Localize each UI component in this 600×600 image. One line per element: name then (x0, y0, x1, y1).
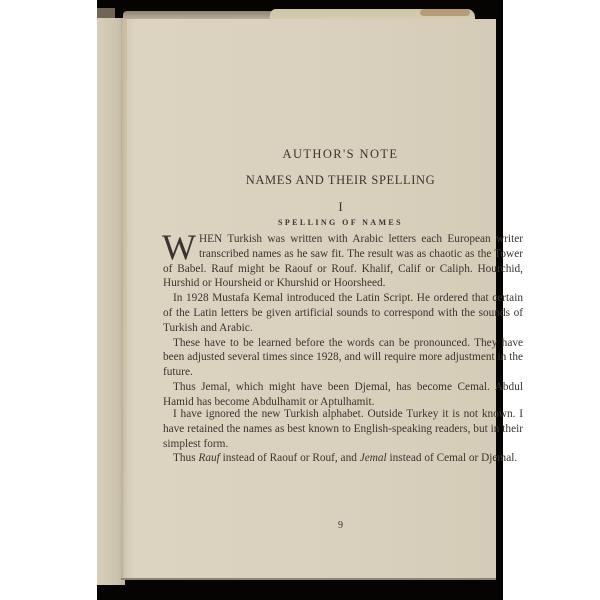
drop-cap: W (162, 233, 196, 261)
paragraph-3: These have to be learned before the word… (163, 336, 523, 380)
text-run: instead of Raouf or Rouf, and (220, 452, 360, 464)
paragraph-2: In 1928 Mustafa Kemal introduced the Lat… (163, 291, 523, 335)
paragraph-1: WHEN Turkish was written with Arabic let… (163, 232, 523, 291)
paragraph-6: Thus Rauf instead of Raouf or Rouf, and … (163, 451, 523, 466)
section-number: I (163, 199, 518, 215)
text-run: Thus (173, 452, 198, 464)
paragraph-5: I have ignored the new Turkish alphabet.… (163, 407, 523, 451)
italic-name: Jemal (360, 452, 387, 464)
gutter-fold (124, 19, 127, 578)
paragraph-1-text: HEN Turkish was written with Arabic lett… (163, 233, 523, 289)
body-text-block-1: WHEN Turkish was written with Arabic let… (163, 232, 523, 410)
page-number: 9 (163, 520, 518, 531)
body-text-block-2: I have ignored the new Turkish alphabet.… (163, 407, 523, 466)
paragraph-4: Thus Jemal, which might have been Djemal… (163, 380, 523, 410)
text-run: instead of Cemal or Djemal. (387, 452, 518, 464)
page-heading: AUTHOR'S NOTE (163, 147, 518, 162)
italic-name: Rauf (198, 452, 219, 464)
foxing-stain (420, 9, 470, 16)
page-subheading: NAMES AND THEIR SPELLING (163, 173, 518, 188)
section-title: SPELLING OF NAMES (163, 218, 518, 227)
